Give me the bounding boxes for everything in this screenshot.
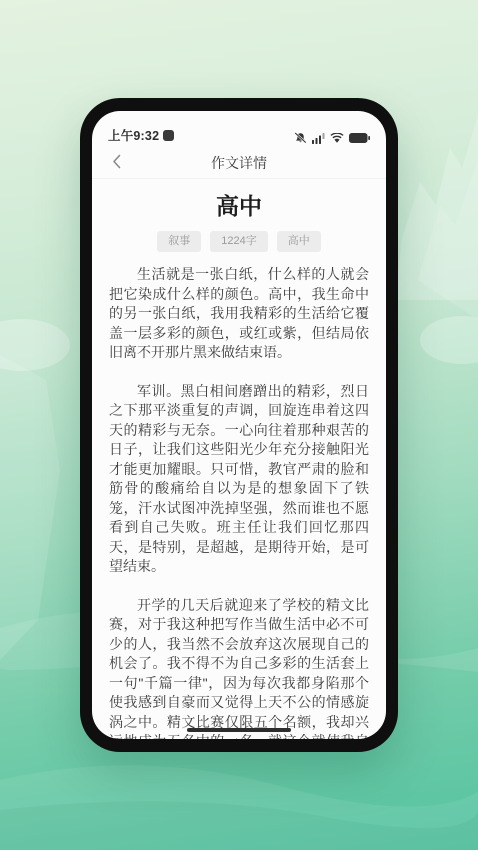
essay-tag-row: 叙事 1224字 高中	[109, 231, 369, 252]
back-button[interactable]	[102, 148, 130, 178]
tag-word-count: 1224字	[210, 231, 267, 252]
cellular-signal-icon	[312, 133, 325, 144]
status-bar: 上午9:32	[92, 111, 386, 148]
tag-genre: 叙事	[157, 231, 201, 252]
status-bar-left: 上午9:32	[108, 126, 174, 144]
status-time: 上午9:32	[108, 126, 159, 144]
essay-body: 生活就是一张白纸，什么样的人就会把它染成什么样的颜色。高中，我生命中的另一张白纸…	[109, 265, 369, 739]
wifi-icon	[330, 133, 344, 144]
essay-paragraph: 军训。黑白相间磨蹭出的精彩，烈日之下那平淡重复的声调，回旋连串着这四天的精彩与无…	[109, 382, 369, 577]
essay-paragraph: 生活就是一张白纸，什么样的人就会把它染成什么样的颜色。高中，我生命中的另一张白纸…	[109, 265, 369, 363]
page-title: 作文详情	[92, 153, 386, 173]
status-app-chip-icon	[163, 130, 174, 141]
phone-frame: 上午9:32	[80, 98, 398, 752]
home-indicator[interactable]	[187, 728, 291, 732]
status-bar-right	[294, 132, 370, 144]
essay-content[interactable]: 高中 叙事 1224字 高中 生活就是一张白纸，什么样的人就会把它染成什么样的颜…	[92, 179, 386, 739]
phone-screen: 上午9:32	[92, 111, 386, 739]
tag-grade: 高中	[277, 231, 321, 252]
essay-title: 高中	[109, 192, 369, 220]
essay-paragraph: 开学的几天后就迎来了学校的精文比赛，对于我这种把写作当做生活中必不可少的人，我当…	[109, 596, 369, 740]
chevron-left-icon	[112, 154, 121, 172]
mute-icon	[294, 132, 307, 144]
nav-bar: 作文详情	[92, 148, 386, 179]
battery-icon	[349, 133, 370, 143]
